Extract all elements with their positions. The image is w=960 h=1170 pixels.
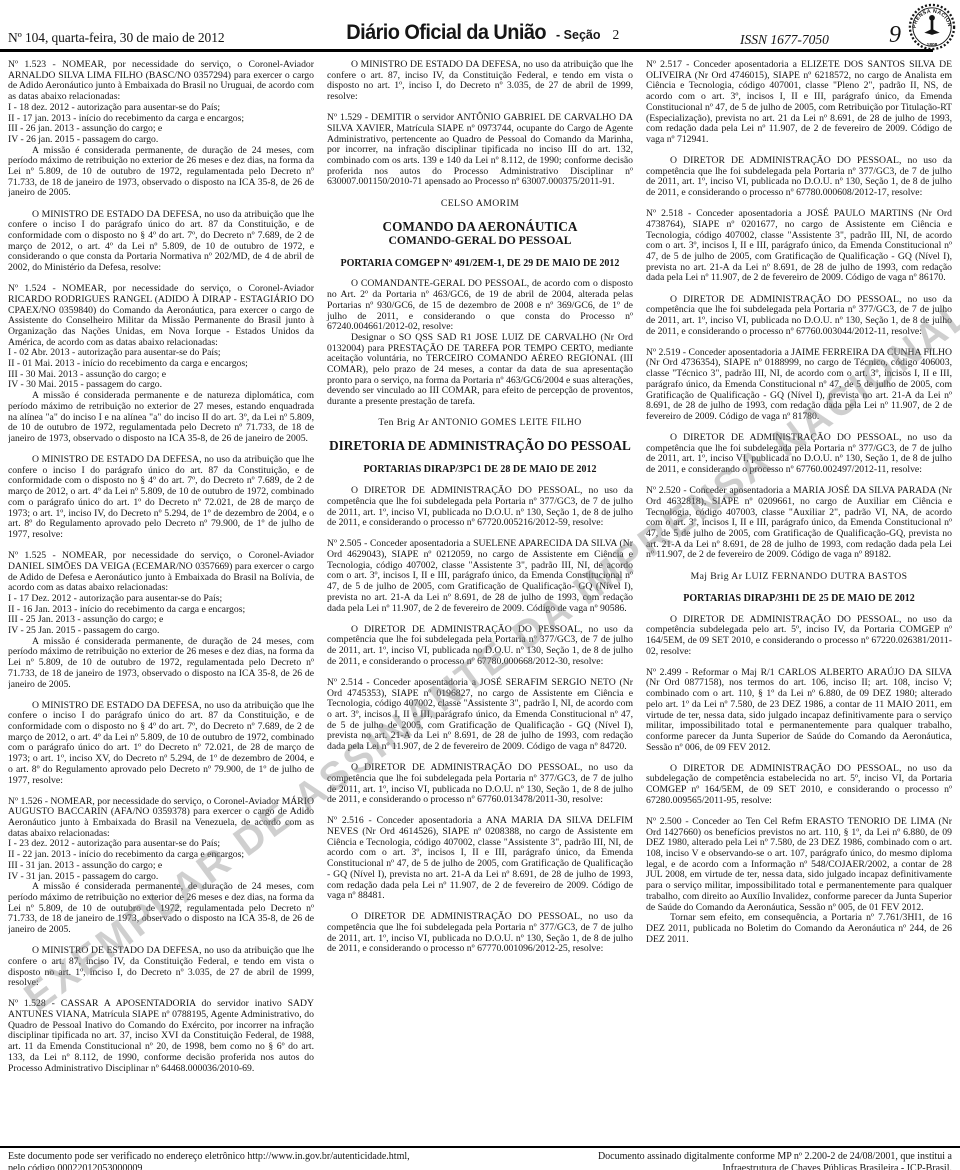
list-item: I - 18 dez. 2012 - autorização para ause… [8, 103, 314, 114]
column-left: Nº 1.523 - NOMEAR, por necessidade do se… [8, 60, 314, 1143]
paragraph: Nº 2.500 - Conceder ao Ten Cel Refm ERAS… [646, 817, 952, 913]
paragraph: Nº 2.520 - Conceder aposentadoria a MARI… [646, 486, 952, 561]
paragraph: A missão é considerada permanente e de n… [8, 391, 314, 445]
paragraph: A missão é considerada permanente, de du… [8, 637, 314, 691]
paragraph: O DIRETOR DE ADMINISTRAÇÃO DO PESSOAL, n… [327, 486, 633, 529]
paragraph: Nº 1.526 - NOMEAR, por necessidade do se… [8, 797, 314, 840]
footer-digital-signature: Documento assinado digitalmente conforme… [492, 1151, 952, 1170]
paragraph: Nº 1.529 - DEMITIR o servidor ANTÔNIO GA… [327, 113, 633, 188]
list-item: III - 31 jan. 2013 - assunção do cargo; … [8, 861, 314, 872]
paragraph: O COMANDANTE-GERAL DO PESSOAL, de acordo… [327, 279, 633, 333]
paragraph: O DIRETOR DE ADMINISTRAÇÃO DO PESSOAL, n… [327, 625, 633, 668]
footer-verification: Este documento pode ser verificado no en… [8, 1151, 528, 1170]
paragraph: O DIRETOR DE ADMINISTRAÇÃO DO PESSOAL, n… [646, 433, 952, 476]
paragraph: Tornar sem efeito, em consequência, a Po… [646, 913, 952, 945]
paragraph: O MINISTRO DE ESTADO DA DEFESA, no uso d… [8, 946, 314, 989]
paragraph: Nº 2.516 - Conceder aposentadoria a ANA … [327, 816, 633, 902]
seal-caption-bottom: 1808 [927, 42, 938, 48]
paragraph: O DIRETOR DE ADMINISTRAÇÃO DO PESSOAL, n… [646, 156, 952, 199]
masthead-title: Diário Oficial da União [346, 21, 546, 45]
paragraph: A missão é considerada permanente, de du… [8, 882, 314, 936]
paragraph: Nº 1.525 - NOMEAR, por necessidade do se… [8, 551, 314, 594]
paragraph: O MINISTRO DE ESTADO DA DEFESA, no uso d… [8, 455, 314, 541]
paragraph: Nº 2.505 - Conceder aposentadoria a SUEL… [327, 539, 633, 614]
paragraph: Designar o SO QSS SAD R1 JOSE LUIZ DE CA… [327, 333, 633, 408]
paragraph: O DIRETOR DE ADMINISTRAÇÃO DO PESSOAL, n… [646, 764, 952, 807]
column-center: O MINISTRO DE ESTADO DA DEFESA, no uso d… [327, 60, 633, 1143]
footer-rule [0, 1146, 960, 1148]
paragraph: O DIRETOR DE ADMINISTRAÇÃO DO PESSOAL, n… [646, 295, 952, 338]
section-heading: DIRETORIA DE ADMINISTRAÇÃO DO PESSOAL [327, 439, 633, 454]
portaria-heading: PORTARIAS DIRAP/3PC1 DE 28 DE MAIO DE 20… [327, 464, 633, 476]
paragraph: Nº 2.518 - Conceder aposentadoria a JOSÉ… [646, 209, 952, 284]
footer-signature-line2: Infraestrutura de Chaves Públicas Brasil… [492, 1163, 952, 1170]
content-columns: Nº 1.523 - NOMEAR, por necessidade do se… [8, 60, 952, 1143]
paragraph: O DIRETOR DE ADMINISTRAÇÃO DO PESSOAL, n… [327, 912, 633, 955]
masthead-section-label: - Seção [556, 28, 600, 42]
paragraph: Nº 2.517 - Conceder aposentadoria a ELIZ… [646, 60, 952, 146]
column-right: Nº 2.517 - Conceder aposentadoria a ELIZ… [646, 60, 952, 1143]
signature: Maj Brig Ar LUIZ FERNANDO DUTRA BASTOS [646, 572, 952, 583]
paragraph: Nº 2.499 - Reformar o Maj R/1 CARLOS ALB… [646, 668, 952, 754]
header-rule [0, 49, 933, 52]
signature: Ten Brig Ar ANTONIO GOMES LEITE FILHO [327, 418, 633, 429]
section-subheading: COMANDO-GERAL DO PESSOAL [327, 234, 633, 247]
gazette-page: Nº 104, quarta-feira, 30 de maio de 2012… [0, 0, 960, 1170]
footer-signature-line1: Documento assinado digitalmente conforme… [492, 1151, 952, 1163]
paragraph: O DIRETOR DE ADMINISTRAÇÃO DO PESSOAL, n… [327, 763, 633, 806]
paragraph: O MINISTRO DE ESTADO DA DEFESA, no uso d… [327, 60, 633, 103]
portaria-heading: PORTARIAS DIRAP/3HI1 DE 25 DE MAIO DE 20… [646, 593, 952, 605]
page-number: 9 [889, 22, 901, 49]
paragraph: A missão é considerada permanente, de du… [8, 146, 314, 200]
issn-number: ISSN 1677-7050 [740, 32, 829, 48]
paragraph: Nº 1.524 - NOMEAR, por necessidade do se… [8, 284, 314, 348]
paragraph: Nº 1.528 - CASSAR A APOSENTADORIA do ser… [8, 999, 314, 1074]
paragraph: O DIRETOR DE ADMINISTRAÇÃO DO PESSOAL, n… [646, 615, 952, 658]
section-heading: COMANDO DA AERONÁUTICA [327, 220, 633, 235]
footer-verification-line1: Este documento pode ser verificado no en… [8, 1151, 528, 1163]
seal-graphic: IMPRENSA NACIONAL 1808 [908, 1, 956, 53]
portaria-heading: PORTARIA COMGEP Nº 491/2EM-1, DE 29 DE M… [327, 258, 633, 270]
imprensa-nacional-seal-icon: IMPRENSA NACIONAL 1808 [908, 1, 956, 53]
signature: CELSO AMORIM [327, 199, 633, 210]
paragraph: O MINISTRO DE ESTADO DA DEFESA, no uso d… [8, 701, 314, 787]
paragraph: Nº 2.519 - Conceder aposentadoria a JAIM… [646, 348, 952, 423]
footer-verification-line2: pelo código 00022012053000009 [8, 1163, 528, 1170]
list-item: I - 17 Dez. 2012 - autorização para ause… [8, 594, 314, 605]
paragraph: Nº 1.523 - NOMEAR, por necessidade do se… [8, 60, 314, 103]
paragraph: Nº 2.514 - Conceder aposentadoria a JOSÉ… [327, 678, 633, 753]
paragraph: O MINISTRO DE ESTADO DA DEFESA, no uso d… [8, 210, 314, 274]
masthead-section-number: 2 [612, 27, 619, 42]
